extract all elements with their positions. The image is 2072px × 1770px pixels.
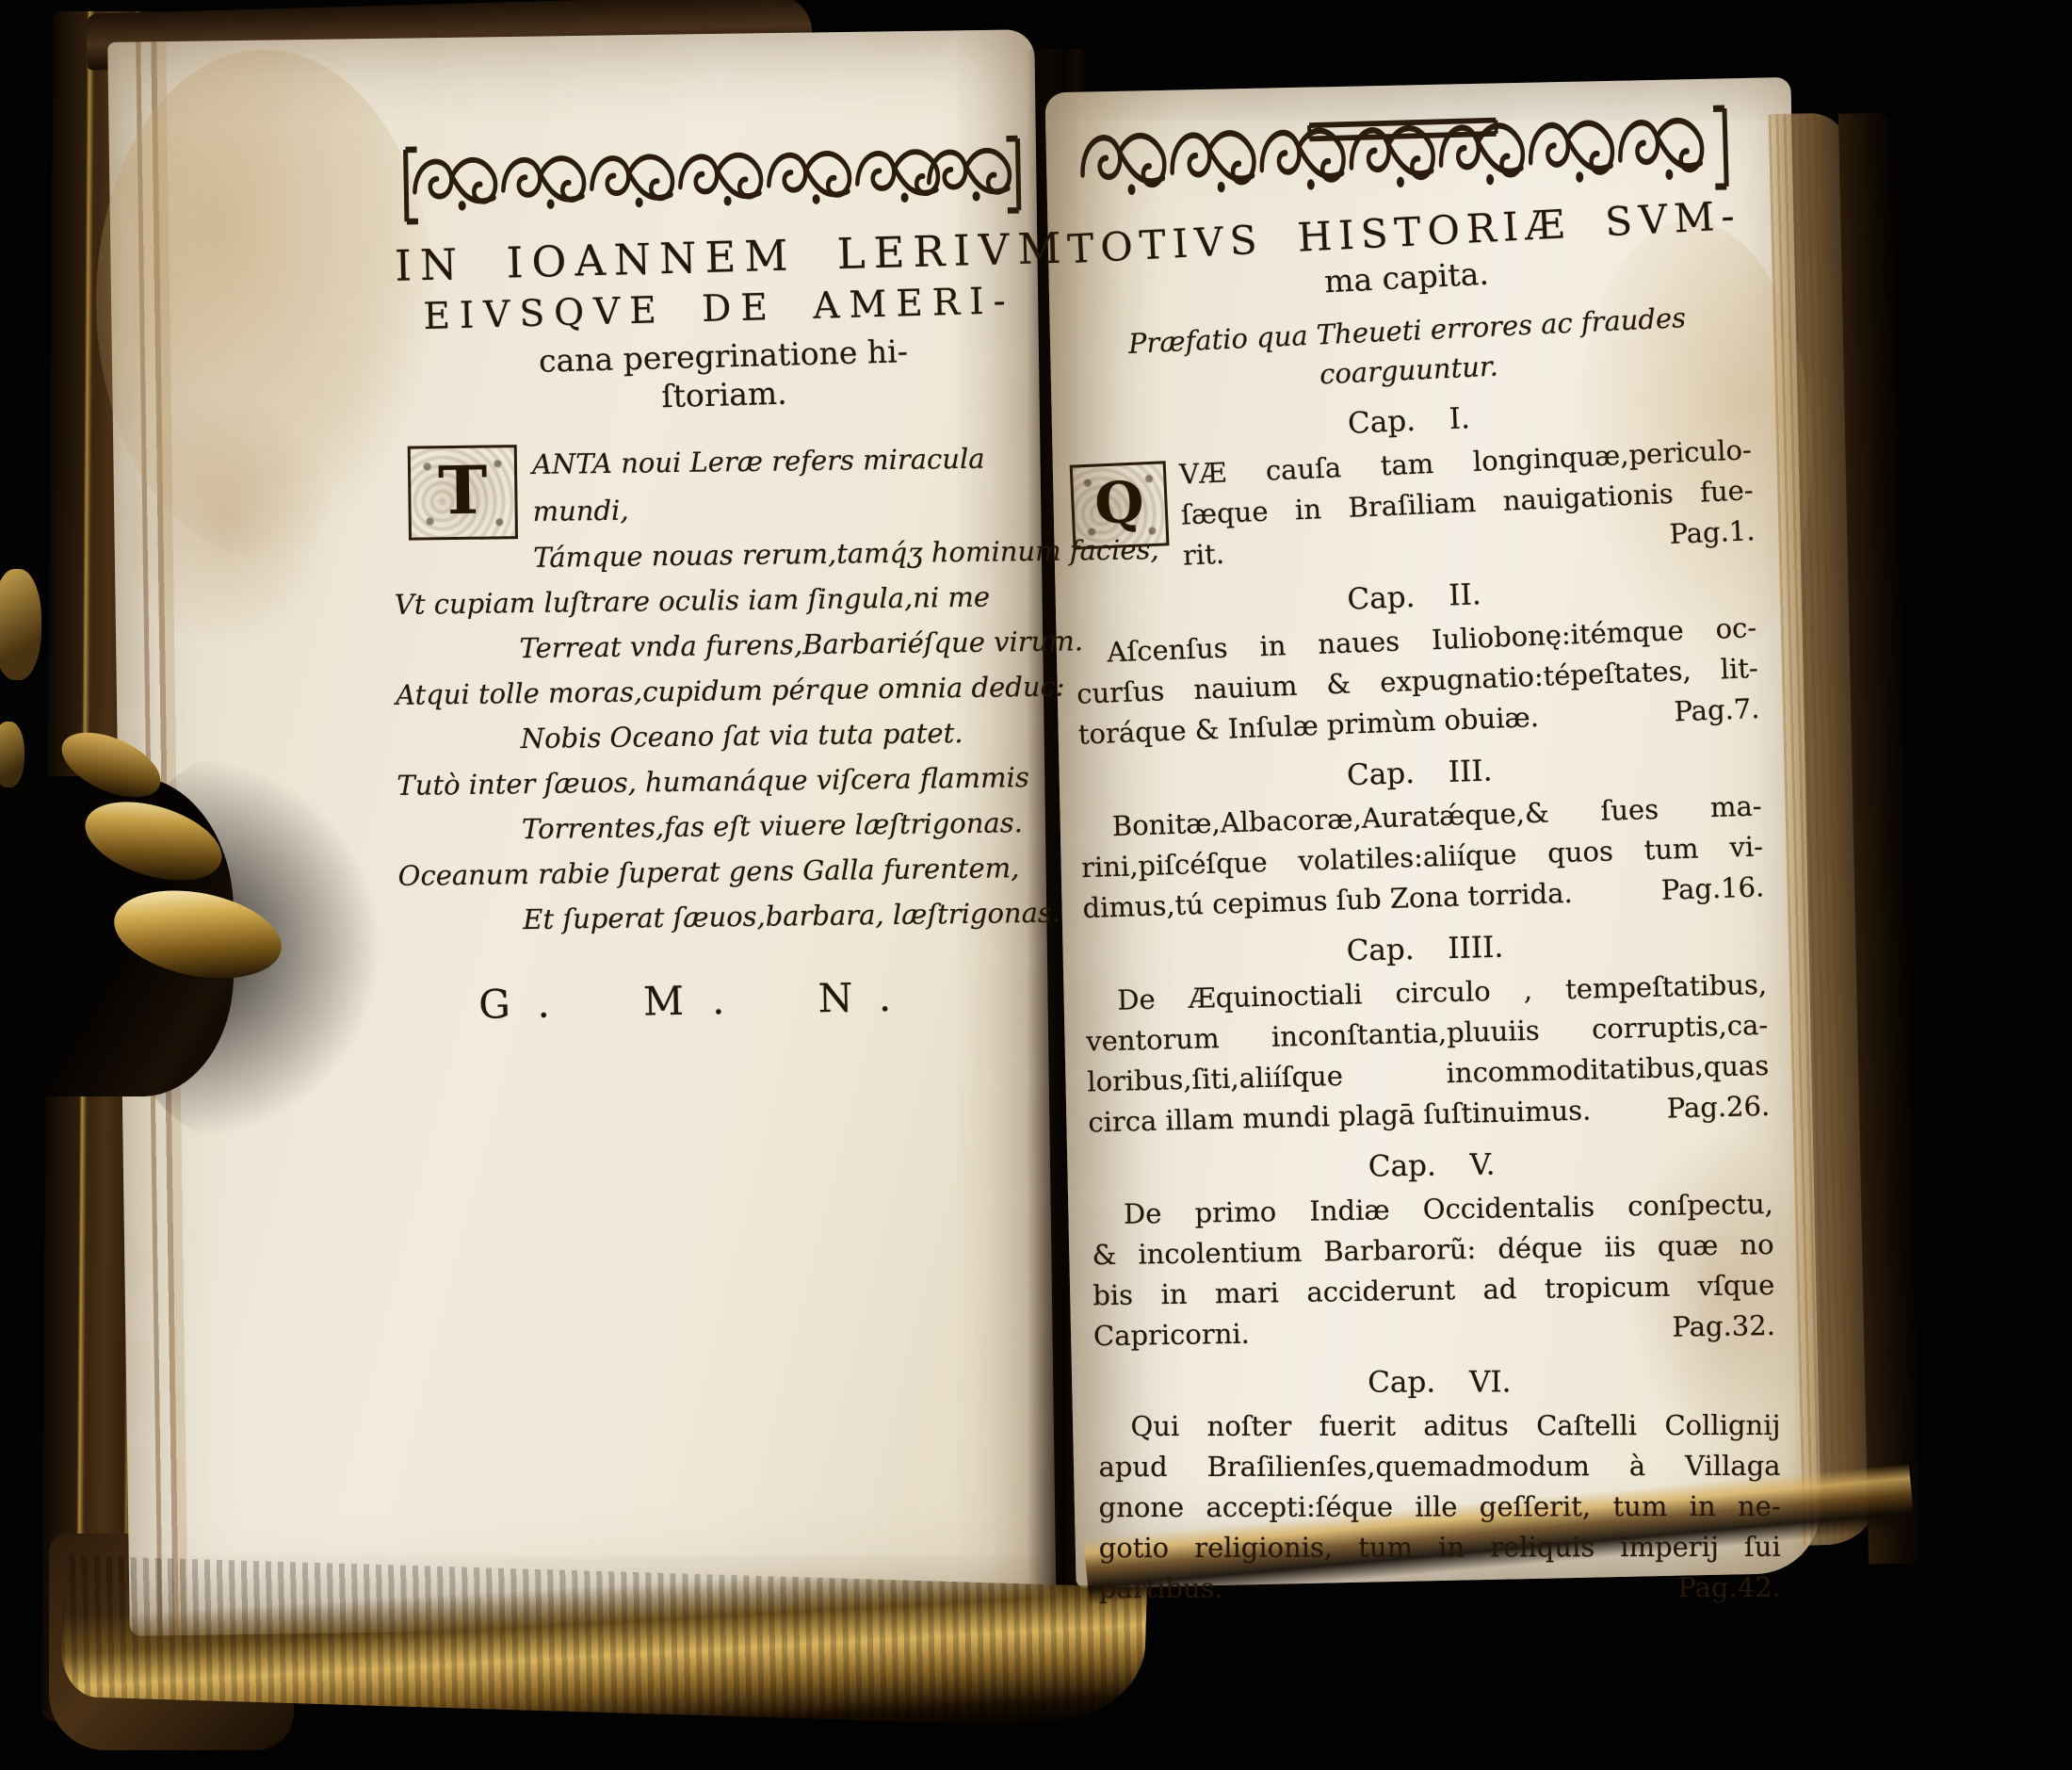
page-reference: Pag.16. [1660, 867, 1765, 910]
chapter-entry: Cap. IIII. De Æquinoctiali circulo , tem… [1084, 921, 1771, 1144]
right-page-text: TOTIVS HISTORIÆ SVM- ma capita. Præfatio… [1060, 100, 1784, 1618]
left-page-text: IN IOANNEM LERIVM EIVSQVE DE AMERI- cana… [295, 131, 1049, 1031]
decorated-initial-Q: Q [1070, 461, 1170, 549]
poem-line: Nobis Oceano ſat via tuta patet. [520, 709, 1044, 761]
book-photo: IN IOANNEM LERIVM EIVSQVE DE AMERI- cana… [0, 0, 2072, 1770]
chapter-last-line: partibus. [1099, 1568, 1223, 1609]
poem-line: Támque nouas rerum,tamq́ʒ hominum facies… [518, 528, 1043, 580]
chapter-last-line: rit. [1182, 534, 1225, 576]
chapter-heading: Cap. VI. [1098, 1362, 1780, 1404]
chapter-heading: Cap. V. [1091, 1141, 1773, 1192]
page-reference: Pag.26. [1666, 1086, 1770, 1129]
left-page-heading: IN IOANNEM LERIVM EIVSQVE DE AMERI- cana… [297, 223, 1040, 424]
chapter-entry: Cap. III. Bonitæ,Albacoræ,Auratǽque,& ſu… [1078, 742, 1765, 929]
chapter-entry: Cap. I. Q VÆ cauſa tam longinquæ,pericul… [1067, 386, 1756, 580]
chapter-entry: Cap. VI. Qui noſter fuerit aditus Caſtel… [1098, 1362, 1780, 1609]
page-reference: Pag.42. [1677, 1567, 1780, 1608]
clasp-fitting [0, 722, 24, 788]
chapter-line: gnone accepti:ſéque ille geſſerit, tum i… [1099, 1486, 1781, 1528]
brass-clasp [0, 524, 294, 1108]
page-reference: Pag.7. [1674, 689, 1761, 732]
dedicatory-poem: T ANTA noui Leræ refers miracula mundi, … [302, 434, 1047, 945]
poem-line: Terreat vnda furens,Barbariéſque virum. [519, 619, 1044, 671]
poem-line: Torrentes,fas eſt viuere læſtrigonas. [522, 800, 1046, 852]
chapter-last-line: Capricorni. [1093, 1314, 1251, 1357]
chapter-entry: Cap. II. Aſcenſus in naues Iuliobonę:ité… [1073, 564, 1760, 755]
chapter-line: gotio religionis, tum in reliquis imperi… [1099, 1527, 1781, 1568]
decorated-initial-T: T [408, 445, 518, 541]
chapter-entry: Cap. V. De primo Indiæ Occidentalis conſ… [1091, 1141, 1775, 1356]
woodcut-headpiece-icon [400, 131, 1024, 229]
chapter-line: apud Braſilienſes,quemadmodum à Villaga [1099, 1446, 1781, 1487]
poem-line: Et ſuperat ſæuos,barbara, læſtrigonas. [523, 890, 1047, 942]
page-reference: Pag.1. [1669, 511, 1756, 555]
clasp-fitting [0, 569, 41, 680]
page-reference: Pag.32. [1672, 1306, 1775, 1348]
woodcut-headpiece-icon [1076, 100, 1732, 212]
chapter-line: Qui noſter fuerit aditus Caſtelli Collig… [1098, 1405, 1780, 1447]
preface-title: Præfatio qua Theueti errores ac fraudes … [1065, 295, 1750, 406]
